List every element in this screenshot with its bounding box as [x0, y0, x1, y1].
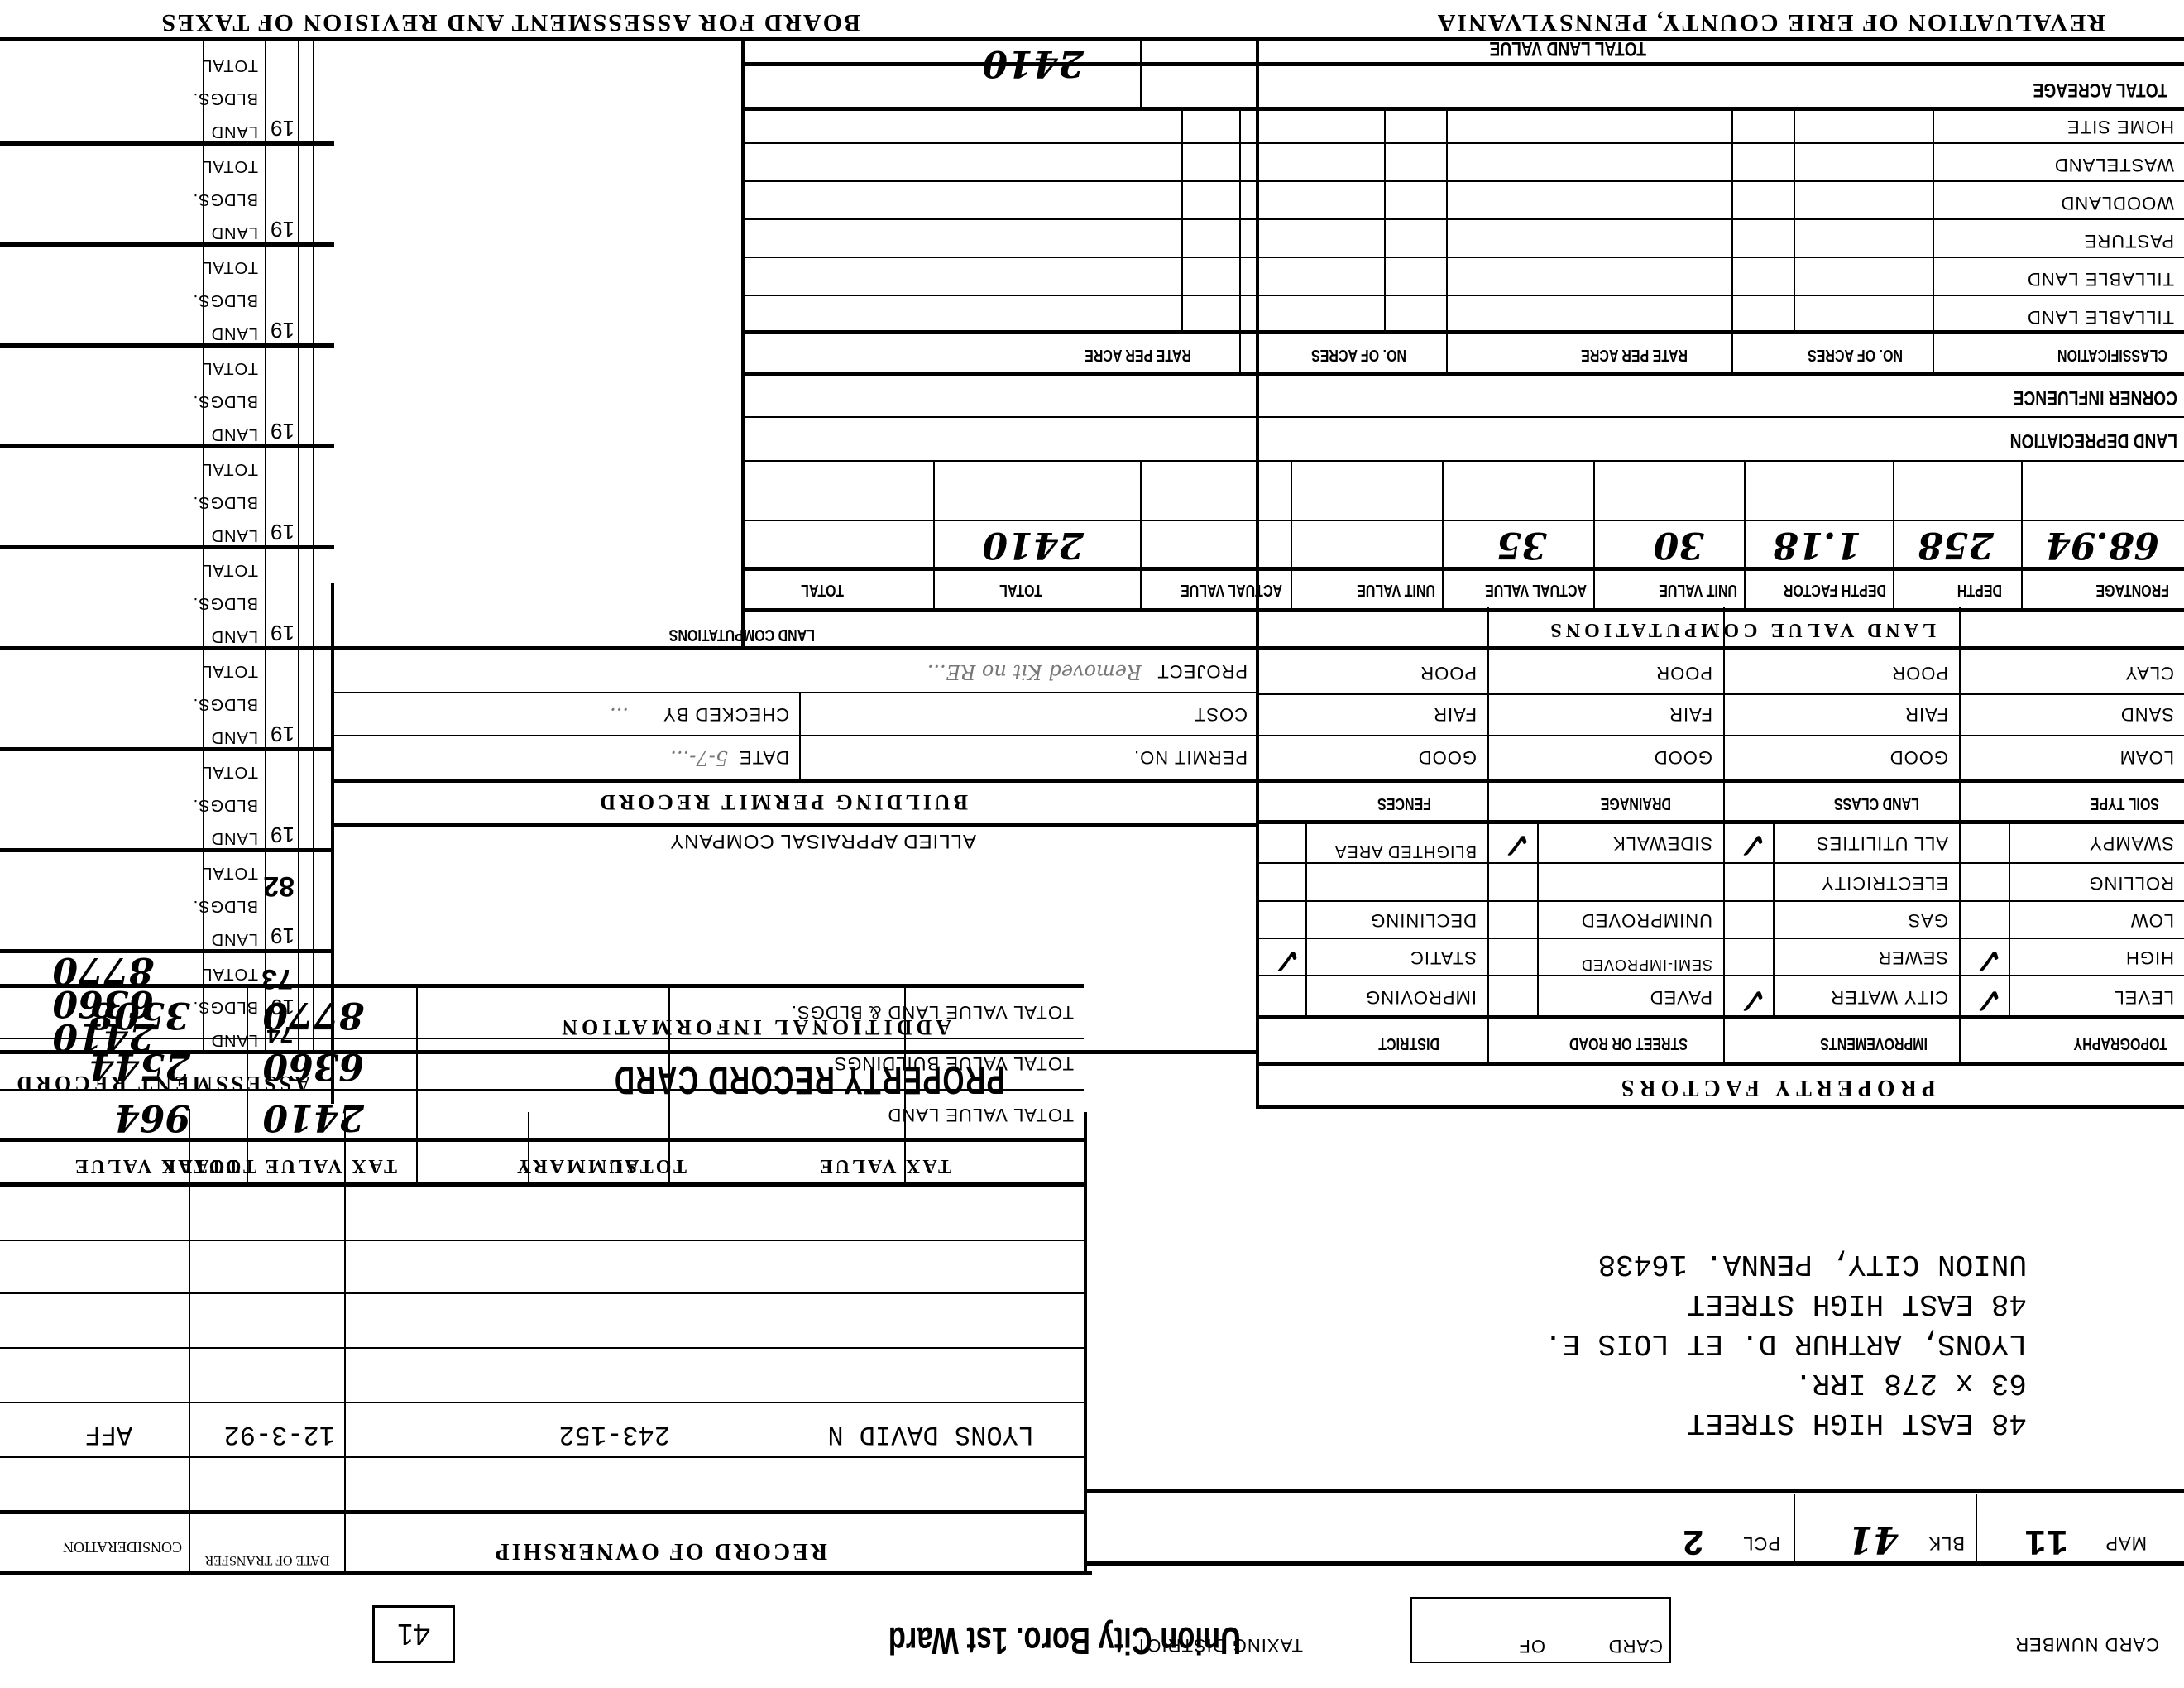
revaluation-title: REVALUATION OF ERIE COUNTY, PENNSYLVANIA — [1436, 8, 2105, 36]
bldgs-sublabel: BLDGS. — [193, 694, 258, 713]
property-record-card: CARD NUMBER CARD OF TAXING DISTRICT Unio… — [0, 0, 2184, 1688]
land-sublabel: LAND — [211, 223, 258, 242]
land-value-computations-title: LAND VALUE COMPUTATIONS — [1546, 618, 1936, 640]
rate-per-acre-header: RATE PER ACRE — [1581, 345, 1688, 364]
assessment-year-note: 74 — [267, 1021, 293, 1048]
bldgs-sublabel: BLDGS. — [193, 492, 258, 511]
fences-header: FENCES — [1377, 794, 1431, 813]
paved-option[interactable]: PAVED — [1650, 986, 1712, 1008]
land-class-poor[interactable]: POOR — [1891, 662, 1948, 683]
assessment-block: 74 19 73 LAND BLDGS. TOTAL 2410 6360 877… — [0, 953, 334, 1053]
static-check-icon[interactable]: ✓ — [1272, 939, 1302, 981]
total-sublabel: TOTAL — [202, 358, 258, 377]
soil-type-header: SOIL TYPE — [2091, 794, 2159, 813]
land-sublabel: LAND — [211, 626, 258, 645]
wasteland: WASTELAND — [2054, 154, 2174, 175]
all-utilities-option[interactable]: ALL UTILITIES — [1816, 832, 1948, 854]
card-of-box[interactable]: CARD OF — [1410, 1597, 1671, 1663]
total-sublabel: TOTAL — [202, 560, 258, 579]
soil-row-1: LOAM GOOD GOOD GOOD — [1259, 738, 2184, 778]
lvc-header-row: FRONTAGE DEPTH DEPTH FACTOR UNIT VALUE A… — [745, 571, 2184, 611]
assessment-block: 19 LAND BLDGS. TOTAL — [0, 348, 334, 447]
paved-check-icon[interactable]: ✓ — [1737, 979, 1768, 1021]
owner-line-2: 63 x 278 IRR. — [1794, 1366, 2027, 1400]
lvc-total-value[interactable]: 2410 — [983, 524, 1084, 566]
corner-influence-label: CORNER INFLUENCE — [2014, 386, 2177, 409]
land-class-fair[interactable]: FAIR — [1904, 703, 1948, 725]
land-class-good[interactable]: GOOD — [1889, 746, 1948, 768]
year-prefix: 19 — [271, 418, 295, 444]
depth-factor-value[interactable]: 1.18 — [1773, 524, 1861, 566]
board-title: BOARD FOR ASSESSMENT AND REVISION OF TAX… — [160, 8, 860, 36]
year-prefix: 19 — [271, 994, 295, 1019]
soil-row-2: SAND FAIR FAIR FAIR — [1259, 695, 2184, 735]
tax-value-header: TAX VALUE — [263, 1154, 397, 1177]
level-option[interactable]: LEVEL — [2114, 986, 2175, 1008]
pcl-value[interactable]: 2 — [1683, 1519, 1704, 1561]
low-option[interactable]: LOW — [2130, 909, 2174, 931]
frontage-value[interactable]: 68.94 — [2045, 524, 2159, 566]
rolling-option[interactable]: ROLLING — [2088, 872, 2174, 894]
year-prefix: 19 — [271, 519, 295, 544]
home-site: HOME SITE — [2067, 116, 2174, 137]
assessment-year[interactable]: 82 — [263, 870, 295, 902]
total-sublabel: TOTAL — [202, 459, 258, 478]
rate-per-acre-header-2: RATE PER ACRE — [1085, 345, 1191, 364]
total-header: TOTAL — [999, 580, 1042, 599]
factor-row-1: LEVEL ✓ CITY WATER ✓ PAVED IMPROVING — [1259, 978, 2184, 1016]
lvc-data-row: 68.94 258 1.18 30 35 2410 — [745, 521, 2184, 569]
permit-row-2: COST CHECKED BY ... — [339, 693, 1257, 735]
woodland: WOODLAND — [2060, 192, 2174, 213]
ownership-title: RECORD OF OWNERSHIP — [493, 1537, 827, 1564]
appraisal-company: ALLIED APPRAISAL COMPANY — [669, 829, 976, 852]
transfer-date: 12-3-92 — [224, 1419, 335, 1450]
year-prefix: 19 — [271, 822, 295, 847]
bldgs-sublabel: BLDGS. — [193, 997, 258, 1016]
actual-value[interactable]: 35 — [1497, 524, 1547, 566]
level-check-icon[interactable]: ✓ — [1973, 979, 2004, 1021]
unit-value-header: UNIT VALUE — [1659, 580, 1737, 599]
total-sublabel: TOTAL — [202, 762, 258, 781]
sidewalk-check-icon[interactable]: ✓ — [1501, 823, 1532, 866]
drainage-header: DRAINAGE — [1601, 794, 1671, 813]
improvements-header: IMPROVEMENTS — [1820, 1033, 1928, 1053]
actual-value-header-2: ACTUAL VALUE — [1181, 580, 1282, 599]
fences-poor[interactable]: POOR — [1420, 662, 1477, 683]
no-of-acres-header-2: NO. OF ACRES — [1311, 345, 1406, 364]
improving-option[interactable]: IMPROVING — [1365, 986, 1477, 1008]
total-sublabel: TOTAL — [202, 964, 258, 983]
total-sublabel: TOTAL — [202, 661, 258, 680]
land-sublabel: LAND — [211, 122, 258, 141]
cost-label: COST — [1194, 703, 1248, 725]
depth-value[interactable]: 258 — [1918, 524, 1994, 566]
year-prefix: 19 — [271, 317, 295, 343]
owner-line-4: 48 EAST HIGH STREET — [1688, 1287, 2027, 1321]
year-prefix: 19 — [271, 620, 295, 645]
land-sublabel: LAND — [211, 424, 258, 444]
deed-book-page: 243-152 — [559, 1419, 670, 1450]
ownership-row[interactable]: LYONS DAVID N 243-152 12-3-92 AFF — [0, 1405, 1084, 1456]
factor-row-2: HIGH ✓ SEWER SEMI-IMPROVED STATIC ✓ — [1259, 940, 2184, 975]
bldgs-sublabel: BLDGS. — [193, 89, 258, 108]
consideration-header: CONSIDERATION — [63, 1538, 182, 1556]
permit-row-3: PROJECT Removed Kit no RE... — [339, 650, 1257, 692]
actual-value-header: ACTUAL VALUE — [1485, 580, 1587, 599]
depth-header: DEPTH — [1957, 580, 2002, 599]
assessment-block: 19 LAND BLDGS. TOTAL — [0, 448, 334, 548]
assessment-year[interactable]: 73 — [261, 962, 293, 995]
checked-by-label: CHECKED BY — [663, 703, 789, 725]
owner-line-1: 48 EAST HIGH STREET — [1688, 1406, 2027, 1440]
year-prefix: 19 — [271, 216, 295, 242]
high-option[interactable]: HIGH — [2125, 947, 2174, 968]
electricity-option[interactable]: ELECTRICITY — [1821, 872, 1948, 894]
project-label: PROJECT — [1157, 660, 1248, 682]
assessment-block: 19 LAND BLDGS. TOTAL — [0, 45, 334, 144]
checked-by-value[interactable]: ... — [610, 703, 629, 727]
sewer-option[interactable]: SEWER — [1877, 947, 1948, 968]
additional-info-title: ADDITIONAL INFORMATION — [558, 1014, 951, 1039]
assessment-block: 19 LAND BLDGS. TOTAL — [0, 549, 334, 649]
gas-option[interactable]: GAS — [1908, 909, 1948, 931]
bldgs-sublabel: BLDGS. — [193, 896, 258, 915]
loam-option[interactable]: LOAM — [2119, 746, 2174, 768]
unimproved-option[interactable]: UNIMPROVED — [1581, 909, 1712, 931]
total-acreage-label: TOTAL ACREAGE — [2033, 78, 2168, 101]
blighted-area-option[interactable]: BLIGHTED AREA — [1311, 842, 1477, 861]
consideration: AFF — [84, 1419, 132, 1450]
street-or-road-header: STREET OR ROAD — [1569, 1033, 1688, 1053]
total-sublabel: TOTAL — [202, 863, 258, 882]
property-factors-title: PROPERTY FACTORS — [1616, 1074, 1936, 1101]
factor-row-5: SWAMPY ALL UTILITIES ✓ SIDEWALK ✓ BLIGHT… — [1259, 826, 2184, 862]
pasture: PASTURE — [2084, 230, 2174, 252]
map-blk-pcl-row: MAP 11 BLK 41 PCL 2 — [1084, 1494, 2184, 1564]
semi-improved-option[interactable]: SEMI-IMPROVED — [1547, 956, 1712, 973]
fences-good[interactable]: GOOD — [1418, 746, 1477, 768]
owner-name: LYONS DAVID N — [827, 1419, 1034, 1450]
year-prefix: 19 — [271, 923, 295, 948]
permit-date-label: DATE — [739, 746, 789, 768]
blk-value[interactable]: 41 — [1848, 1518, 1899, 1561]
drainage-good[interactable]: GOOD — [1654, 746, 1712, 768]
declining-option[interactable]: DECLINING — [1370, 909, 1477, 931]
card-title-banner: PROPERTY RECORD CARD — [335, 1054, 1253, 1104]
bldgs-sublabel: BLDGS. — [193, 795, 258, 814]
land-depreciation-label: LAND DEPRECIATION — [2010, 429, 2177, 452]
assessed-total[interactable]: 8770 — [53, 949, 154, 991]
bldgs-sublabel: BLDGS. — [193, 290, 258, 309]
clay-option[interactable]: CLAY — [2124, 662, 2174, 683]
drainage-poor[interactable]: POOR — [1655, 662, 1712, 683]
assessment-block: 19 LAND BLDGS. TOTAL — [0, 146, 334, 245]
bldgs-sublabel: BLDGS. — [193, 189, 258, 209]
factor-row-4: ROLLING ELECTRICITY — [1259, 866, 2184, 900]
permit-row-1: PERMIT NO. DATE 5-7-... — [339, 736, 1257, 778]
classification-header-row: CLASSIFICATION NO. OF ACRES RATE PER ACR… — [745, 334, 2184, 374]
bldgs-sublabel: BLDGS. — [193, 391, 258, 410]
all-utilities-check-icon[interactable]: ✓ — [1737, 823, 1768, 866]
depth-factor-header: DEPTH FACTOR — [1784, 580, 1886, 599]
date-of-transfer-header: DATE OF TRANSFER — [197, 1552, 338, 1567]
pcl-label: PCL — [1742, 1532, 1780, 1554]
land-sublabel: LAND — [211, 525, 258, 544]
unit-value-header-2: UNIT VALUE — [1357, 580, 1435, 599]
card-label: CARD — [1608, 1635, 1663, 1657]
land-class-header: LAND CLASS — [1834, 794, 1919, 813]
owner-line-5: UNION CITY, PENNA. 16438 — [1598, 1247, 2027, 1281]
drainage-fair[interactable]: FAIR — [1669, 703, 1712, 725]
unit-value[interactable]: 30 — [1654, 524, 1704, 566]
map-value[interactable]: 11 — [2024, 1519, 2068, 1561]
permit-date-value[interactable]: 5-7-... — [670, 746, 728, 770]
fences-fair[interactable]: FAIR — [1433, 703, 1477, 725]
factor-row-3: LOW GAS UNIMPROVED DECLINING — [1259, 903, 2184, 938]
year-prefix: 19 — [271, 721, 295, 746]
district-box: 41 — [372, 1605, 455, 1663]
year-prefix: 19 — [271, 115, 295, 141]
land-sublabel: LAND — [211, 828, 258, 847]
static-option[interactable]: STATIC — [1410, 947, 1477, 968]
sand-option[interactable]: SAND — [2120, 703, 2174, 725]
card-number-label: CARD NUMBER — [2014, 1633, 2159, 1655]
district-header: DISTRICT — [1378, 1033, 1439, 1053]
map-label: MAP — [2105, 1532, 2147, 1554]
property-factors-header: TOPOGRAPHY IMPROVEMENTS STREET OR ROAD D… — [1259, 1021, 2184, 1064]
land-sublabel: LAND — [211, 727, 258, 746]
soil-header-row: SOIL TYPE LAND CLASS DRAINAGE FENCES — [1259, 783, 2184, 822]
summary-label: TOTAL VALUE LAND — [888, 1104, 1074, 1125]
soil-row-3: CLAY POOR POOR POOR — [1259, 652, 2184, 693]
taxing-district: Union City Boro. 1st Ward — [888, 1618, 1241, 1663]
bldgs-sublabel: BLDGS. — [193, 593, 258, 612]
building-permit-title: BUILDING PERMIT RECORD — [596, 789, 968, 814]
owner-line-3: LYONS, ARTHUR D. ET LOIS E. — [1545, 1326, 2027, 1360]
card-title: PROPERTY RECORD CARD — [613, 1057, 1005, 1102]
city-water-option[interactable]: CITY WATER — [1830, 986, 1948, 1008]
classification-header: CLASSIFICATION — [2057, 345, 2167, 364]
frontage-header: FRONTAGE — [2095, 580, 2169, 599]
swampy-option[interactable]: SWAMPY — [2089, 832, 2174, 854]
assessment-block: 19 LAND BLDGS. TOTAL — [0, 650, 334, 750]
summary-tax-value[interactable]: 964 — [114, 1096, 190, 1139]
tillable-land-2: TILLABLE LAND — [2027, 268, 2174, 290]
total-sublabel: TOTAL — [202, 156, 258, 175]
assessment-record-title: ASSESSMENT RECORD — [13, 1071, 310, 1096]
assessment-block: 19 LAND BLDGS. TOTAL — [0, 247, 334, 346]
no-of-acres-header: NO. OF ACRES — [1808, 345, 1903, 364]
total-sublabel: TOTAL — [202, 55, 258, 74]
project-value[interactable]: Removed Kit no RE... — [927, 660, 1142, 683]
of-label: OF — [1518, 1635, 1545, 1657]
tax-value-header-2: TAX VALUE — [73, 1154, 207, 1177]
total-sublabel: TOTAL — [202, 257, 258, 276]
high-check-icon[interactable]: ✓ — [1973, 939, 2004, 981]
permit-no-label: PERMIT NO. — [1133, 746, 1248, 768]
tillable-land-1: TILLABLE LAND — [2027, 306, 2174, 328]
assessment-block: 19 82 LAND BLDGS. TOTAL — [0, 852, 334, 952]
topography-header: TOPOGRAPHY — [2074, 1033, 2168, 1053]
blk-label: BLK — [1928, 1532, 1965, 1554]
summary-title: SUMMARY — [515, 1154, 637, 1177]
land-sublabel: LAND — [211, 929, 258, 948]
land-sublabel: LAND — [211, 1030, 258, 1049]
total-land-value[interactable]: 2410 — [983, 42, 1084, 84]
land-sublabel: LAND — [211, 324, 258, 343]
sidewalk-option[interactable]: SIDEWALK — [1612, 832, 1712, 854]
assessment-block: 19 LAND BLDGS. TOTAL — [0, 751, 334, 851]
total-header-2: TOTAL — [801, 580, 844, 599]
